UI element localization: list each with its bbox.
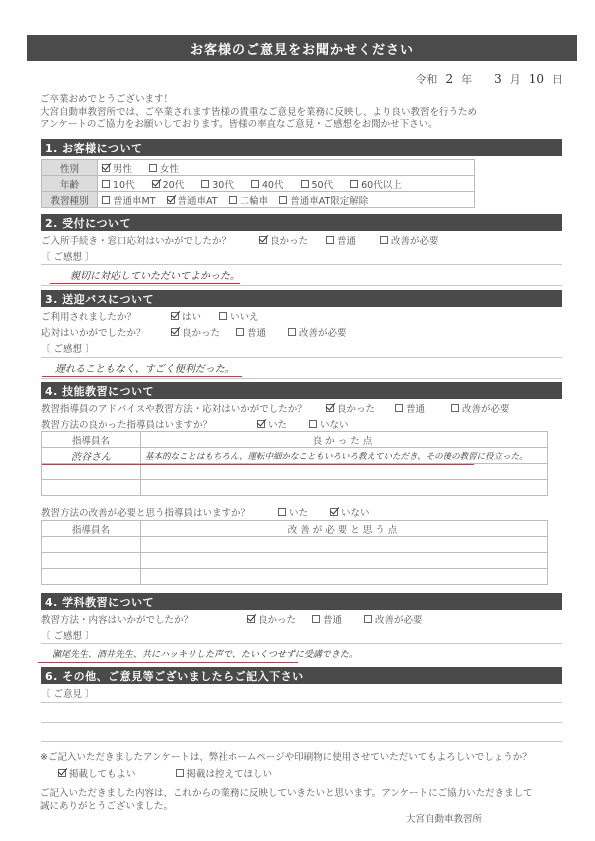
good-instructor-row: 教習方法の良かった指導員はいますか？ いた いない — [41, 417, 349, 431]
age-40s-checkbox[interactable]: 40代 — [251, 177, 284, 191]
age-label: 年齢 — [42, 176, 98, 192]
intro-line: ご卒業おめでとうございます！ — [40, 94, 477, 107]
checkbox-icon — [176, 769, 184, 777]
checkbox-icon — [301, 180, 309, 188]
bus-usage-question: ご利用されましたか？ — [41, 309, 171, 323]
date-field: 令和 2 年 3 月 10 日 — [415, 71, 563, 87]
gender-label: 性別 — [42, 160, 98, 176]
school-signature: 大宮自動車教習所 — [406, 813, 482, 826]
reception-normal-checkbox[interactable]: 普通 — [326, 233, 356, 247]
instructor-normal-checkbox[interactable]: 普通 — [395, 401, 425, 415]
bus-service-question: 応対はいかがでしたか？ — [41, 325, 171, 339]
reception-question: ご入所手続き・窓口応対はいかがでしたか？ — [41, 233, 259, 247]
table-row — [42, 553, 548, 569]
intro-line: 大宮自動車教習所では、ご卒業されます皆様の貴重なご意見を業務に反映し、より良い教… — [40, 107, 477, 120]
improve-instructor-row: 教習方法の改善が必要と思う指導員はいますか？ いた いない — [41, 505, 370, 519]
course-at-unlock-checkbox[interactable]: 普通車AT限定解除 — [279, 193, 368, 207]
date-month-label: 月 — [510, 71, 521, 87]
checkbox-checked-icon — [257, 420, 265, 428]
checkbox-icon — [149, 164, 157, 172]
bus-service-normal-checkbox[interactable]: 普通 — [236, 325, 266, 339]
bus-usage-no-checkbox[interactable]: いいえ — [219, 309, 259, 323]
instructor-name-cell[interactable] — [42, 553, 141, 569]
age-row: 年齢 10代 20代 30代 40代 50代 60代以上 — [42, 176, 475, 192]
instructor-rating-question: 教習指導員のアドバイスや教習方法・応対はいかがでしたか？ — [41, 401, 326, 415]
divider — [41, 285, 562, 286]
bus-service-improve-checkbox[interactable]: 改善が必要 — [288, 325, 347, 339]
course-label: 教習種別 — [42, 192, 98, 208]
column-header-improve-points: 改善が必要と思う点 — [141, 521, 548, 537]
table-row — [42, 464, 548, 480]
age-30s-checkbox[interactable]: 30代 — [201, 177, 234, 191]
instructor-name-cell[interactable] — [42, 569, 141, 585]
instructor-name-cell[interactable] — [42, 537, 141, 553]
good-instructor-yes-checkbox[interactable]: いた — [257, 417, 287, 431]
reception-question-row: ご入所手続き・窓口応対はいかがでしたか？ 良かった 普通 改善が必要 — [41, 233, 439, 247]
handwritten-underline — [50, 283, 240, 284]
checkbox-checked-icon — [152, 180, 160, 188]
bus-service-row: 応対はいかがでしたか？ 良かった 普通 改善が必要 — [41, 325, 347, 339]
improve-instructor-no-checkbox[interactable]: いない — [330, 505, 370, 519]
column-header-instructor: 指導員名 — [42, 432, 141, 448]
handwritten-underline — [42, 376, 242, 377]
reception-good-checkbox[interactable]: 良かった — [259, 233, 308, 247]
academic-rating-row: 教習方法・内容はいかがでしたか？ 良かった 普通 改善が必要 — [41, 612, 423, 626]
section-4-header: 4. 技能教習について — [41, 382, 562, 399]
gender-female-checkbox[interactable]: 女性 — [149, 161, 179, 175]
date-era: 令和 — [415, 71, 437, 87]
checkbox-icon — [350, 180, 358, 188]
good-instructor-no-checkbox[interactable]: いない — [309, 417, 349, 431]
checkbox-icon — [102, 196, 110, 204]
improve-instructor-yes-checkbox[interactable]: いた — [278, 505, 308, 519]
date-month[interactable]: 3 — [494, 72, 502, 86]
bus-usage-row: ご利用されましたか？ はい いいえ — [41, 309, 259, 323]
customer-info-table: 性別 男性 女性 年齢 10代 20代 30代 40代 50代 60代以上 教習… — [41, 159, 475, 208]
age-60s-checkbox[interactable]: 60代以上 — [350, 177, 402, 191]
academic-improve-checkbox[interactable]: 改善が必要 — [364, 612, 423, 626]
checkbox-icon — [380, 236, 388, 244]
improve-instructor-table: 指導員名 改善が必要と思う点 — [41, 520, 548, 585]
checkbox-icon — [229, 196, 237, 204]
checkbox-icon — [312, 615, 320, 623]
checkbox-icon — [219, 312, 227, 320]
closing-line: ご記入いただきました内容は、これからの業務に反映していきたいと思います。アンケー… — [40, 787, 533, 800]
course-row: 教習種別 普通車MT 普通車AT 二輪車 普通車AT限定解除 — [42, 192, 475, 208]
instructor-improve-checkbox[interactable]: 改善が必要 — [451, 401, 510, 415]
divider — [41, 357, 562, 358]
reception-comment[interactable]: 親切に対応していただいてよかった。 — [70, 267, 240, 282]
divider — [41, 702, 562, 703]
date-day-label: 日 — [552, 71, 563, 87]
good-points-cell[interactable]: 基本的なことはもちろん、運転中細かなこともいろいろ教えていただき、その後の教習に… — [141, 448, 548, 464]
form-title: お客様のご意見をお聞かせください — [27, 35, 577, 61]
checkbox-icon — [288, 328, 296, 336]
section-1-header: 1. お客様について — [41, 139, 562, 156]
column-header-instructor: 指導員名 — [42, 521, 141, 537]
course-mt-checkbox[interactable]: 普通車MT — [102, 193, 156, 207]
table-row — [42, 480, 548, 496]
gender-row: 性別 男性 女性 — [42, 160, 475, 176]
checkbox-checked-icon — [247, 615, 255, 623]
instructor-rating-row: 教習指導員のアドバイスや教習方法・応対はいかがでしたか？ 良かった 普通 改善が… — [41, 401, 510, 415]
section-2-header: 2. 受付について — [41, 214, 562, 231]
intro-text: ご卒業おめでとうございます！ 大宮自動車教習所では、ご卒業されます皆様の貴重なご… — [40, 94, 477, 132]
date-year-label: 年 — [461, 71, 472, 87]
permission-allow-checkbox[interactable]: 掲載してもよい — [58, 766, 136, 780]
table-row: 渋谷さん 基本的なことはもちろん、運転中細かなこともいろいろ教えていただき、その… — [42, 448, 548, 464]
gender-male-checkbox[interactable]: 男性 — [102, 161, 132, 175]
permission-deny-checkbox[interactable]: 掲載は控えてほしい — [176, 766, 273, 780]
divider — [41, 741, 562, 742]
instructor-good-checkbox[interactable]: 良かった — [326, 401, 375, 415]
closing-line: 誠にありがとうございました。 — [40, 800, 533, 813]
column-header-good-points: 良かった点 — [141, 432, 548, 448]
academic-good-checkbox[interactable]: 良かった — [247, 612, 296, 626]
good-points-cell[interactable] — [141, 480, 548, 496]
checkbox-checked-icon — [330, 508, 338, 516]
other-comment-field[interactable] — [41, 704, 562, 722]
instructor-name-cell[interactable]: 渋谷さん — [42, 448, 141, 464]
instructor-name-cell[interactable] — [42, 480, 141, 496]
checkbox-icon — [451, 404, 459, 412]
permission-options-row: 掲載してもよい 掲載は控えてほしい — [58, 766, 272, 780]
checkbox-checked-icon — [102, 164, 110, 172]
good-instructor-question: 教習方法の良かった指導員はいますか？ — [41, 417, 257, 431]
academic-comment-label: 〔 ご感想 〕 — [41, 628, 95, 642]
checkbox-icon — [309, 420, 317, 428]
table-row — [42, 569, 548, 585]
divider — [41, 378, 562, 379]
checkbox-icon — [395, 404, 403, 412]
date-day[interactable]: 10 — [529, 72, 544, 86]
table-row — [42, 537, 548, 553]
checkbox-icon — [326, 236, 334, 244]
section-6-header: 6. その他、ご意見等ございましたらご記入下さい — [41, 667, 562, 684]
reception-improve-checkbox[interactable]: 改善が必要 — [380, 233, 439, 247]
age-20s-checkbox[interactable]: 20代 — [152, 177, 185, 191]
bus-usage-yes-checkbox[interactable]: はい — [171, 309, 201, 323]
checkbox-icon — [364, 615, 372, 623]
divider — [41, 643, 562, 644]
checkbox-icon — [278, 508, 286, 516]
checkbox-checked-icon — [171, 328, 179, 336]
improve-points-cell[interactable] — [141, 569, 548, 585]
bus-comment-label: 〔 ご感想 〕 — [41, 341, 95, 355]
checkbox-checked-icon — [326, 404, 334, 412]
age-10s-checkbox[interactable]: 10代 — [102, 177, 135, 191]
good-points-cell[interactable] — [141, 464, 548, 480]
academic-rating-question: 教習方法・内容はいかがでしたか？ — [41, 612, 247, 626]
improve-points-cell[interactable] — [141, 537, 548, 553]
other-comment-label: 〔 ご意見 〕 — [41, 686, 95, 700]
divider — [41, 264, 562, 265]
improve-instructor-question: 教習方法の改善が必要と思う指導員はいますか？ — [41, 505, 278, 519]
academic-normal-checkbox[interactable]: 普通 — [312, 612, 342, 626]
checkbox-checked-icon — [167, 196, 175, 204]
intro-line: アンケートのご協力をお願いしております。皆様の率直なご意見・ご感想をお聞かせ下さ… — [40, 119, 477, 132]
bus-comment[interactable]: 遅れることもなく、すごく便利だった。 — [55, 360, 235, 375]
checkbox-checked-icon — [58, 769, 66, 777]
academic-comment[interactable]: 瀬尾先生、酒井先生、共にハッキリした声で、たいくつせずに受講できた。 — [52, 647, 358, 660]
section-3-header: 3. 送迎バスについて — [41, 290, 562, 307]
table-header-row: 指導員名 改善が必要と思う点 — [42, 521, 548, 537]
improve-points-cell[interactable] — [141, 553, 548, 569]
checkbox-icon — [236, 328, 244, 336]
course-at-checkbox[interactable]: 普通車AT — [167, 193, 218, 207]
table-header-row: 指導員名 良かった点 — [42, 432, 548, 448]
section-5-header: 4. 学科教習について — [41, 593, 562, 610]
checkbox-icon — [102, 180, 110, 188]
age-50s-checkbox[interactable]: 50代 — [301, 177, 334, 191]
checkbox-checked-icon — [259, 236, 267, 244]
checkbox-icon — [201, 180, 209, 188]
instructor-name-cell[interactable] — [42, 464, 141, 480]
course-motorcycle-checkbox[interactable]: 二輪車 — [229, 193, 269, 207]
checkbox-checked-icon — [171, 312, 179, 320]
closing-text: ご記入いただきました内容は、これからの業務に反映していきたいと思います。アンケー… — [40, 787, 533, 813]
handwritten-underline — [42, 464, 474, 465]
handwritten-underline — [38, 662, 298, 663]
checkbox-icon — [279, 196, 287, 204]
checkbox-icon — [251, 180, 259, 188]
permission-question: ※ご記入いただきましたアンケートは、弊社ホームページや印刷物に使用させていただい… — [40, 751, 532, 764]
reception-comment-label: 〔 ご感想 〕 — [41, 249, 95, 263]
divider — [41, 722, 562, 723]
date-year[interactable]: 2 — [445, 72, 453, 86]
bus-service-good-checkbox[interactable]: 良かった — [171, 325, 220, 339]
